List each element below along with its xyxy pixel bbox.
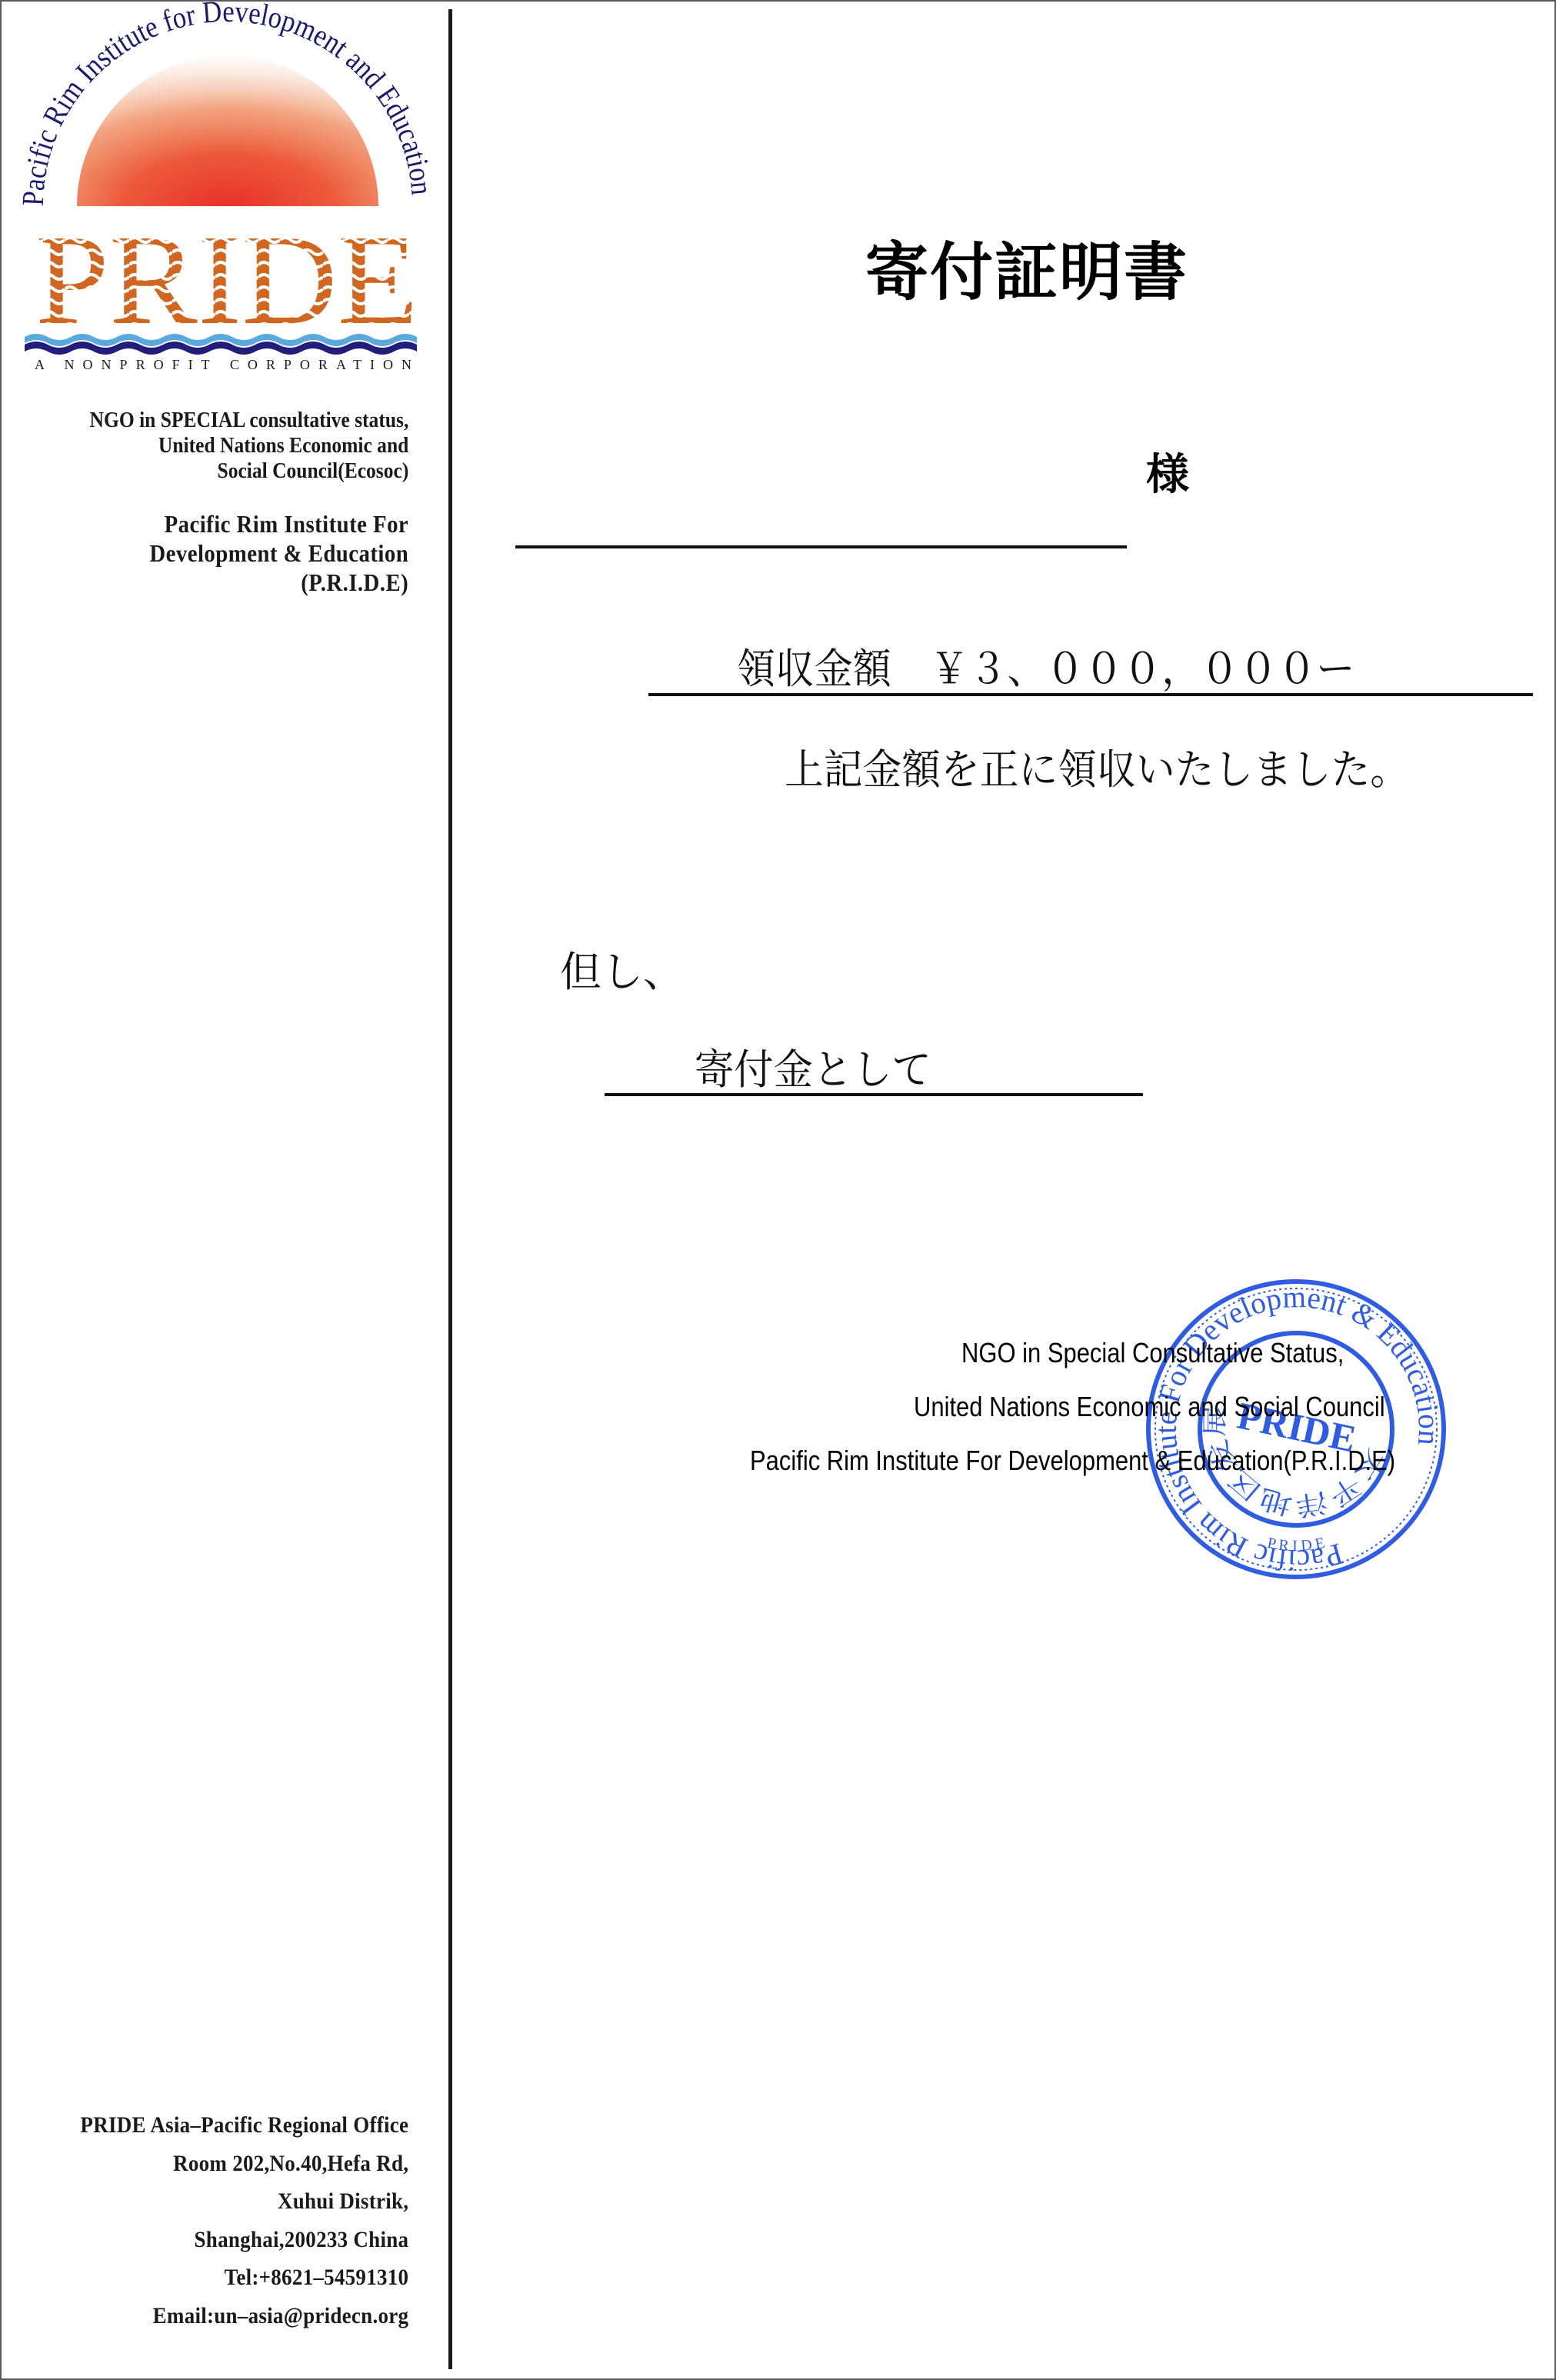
official-seal-stamp: Pacific Rim Institute For Development & …: [1142, 1277, 1450, 1585]
donation-purpose: 寄付金として: [695, 1045, 931, 1095]
vertical-divider: [448, 9, 452, 2369]
org-line: (P.R.I.D.E): [149, 568, 408, 597]
consultative-status: NGO in SPECIAL consultative status, Unit…: [89, 408, 408, 484]
status-line: United Nations Economic and: [89, 433, 408, 458]
address-street: Room 202,No.40,Hefa Rd,: [80, 2145, 408, 2183]
address-email: Email:un–asia@pridecn.org: [80, 2297, 408, 2335]
amount-value: ￥３、０００，０００ー: [930, 646, 1354, 692]
sun-shape: [77, 55, 378, 206]
honorific: 様: [1146, 445, 1189, 506]
signature-line-council: United Nations Economic and Social Counc…: [914, 1391, 1385, 1423]
address-office: PRIDE Asia–Pacific Regional Office: [80, 2106, 408, 2145]
organization-name: Pacific Rim Institute For Development & …: [149, 509, 408, 597]
pride-logo: Pacific Rim Institute for Development an…: [0, 0, 446, 385]
org-line: Pacific Rim Institute For: [149, 509, 408, 538]
signature-line-organization: Pacific Rim Institute For Development & …: [750, 1445, 1395, 1477]
logo-tagline: A NONPROFIT CORPORATION: [35, 357, 411, 372]
logo-wordmark: PRIDE: [35, 208, 418, 352]
received-amount: 領収金額 ￥３、０００，０００ー: [737, 645, 1355, 694]
org-line: Development & Education: [149, 538, 408, 568]
status-line: NGO in SPECIAL consultative status,: [89, 408, 408, 433]
wave-dark: [25, 342, 417, 355]
status-line: Social Council(Ecosoc): [89, 458, 408, 484]
recipient-name-field[interactable]: [515, 545, 1127, 548]
receipt-confirmation: 上記金額を正に領収いたしました。: [785, 744, 1409, 796]
address-city: Shanghai,200233 China: [80, 2221, 408, 2259]
proviso-label: 但し、: [560, 946, 685, 998]
address-district: Xuhui Distrik,: [80, 2182, 408, 2221]
address-phone: Tel:+8621–54591310: [80, 2258, 408, 2297]
signature-line-status: NGO in Special Consultative Status,: [961, 1337, 1344, 1369]
amount-label: 領収金額: [737, 646, 891, 692]
svg-text:P R I D E: P R I D E: [1266, 1535, 1327, 1555]
office-address: PRIDE Asia–Pacific Regional Office Room …: [80, 2106, 408, 2335]
document-title: 寄付証明書: [842, 231, 1211, 315]
